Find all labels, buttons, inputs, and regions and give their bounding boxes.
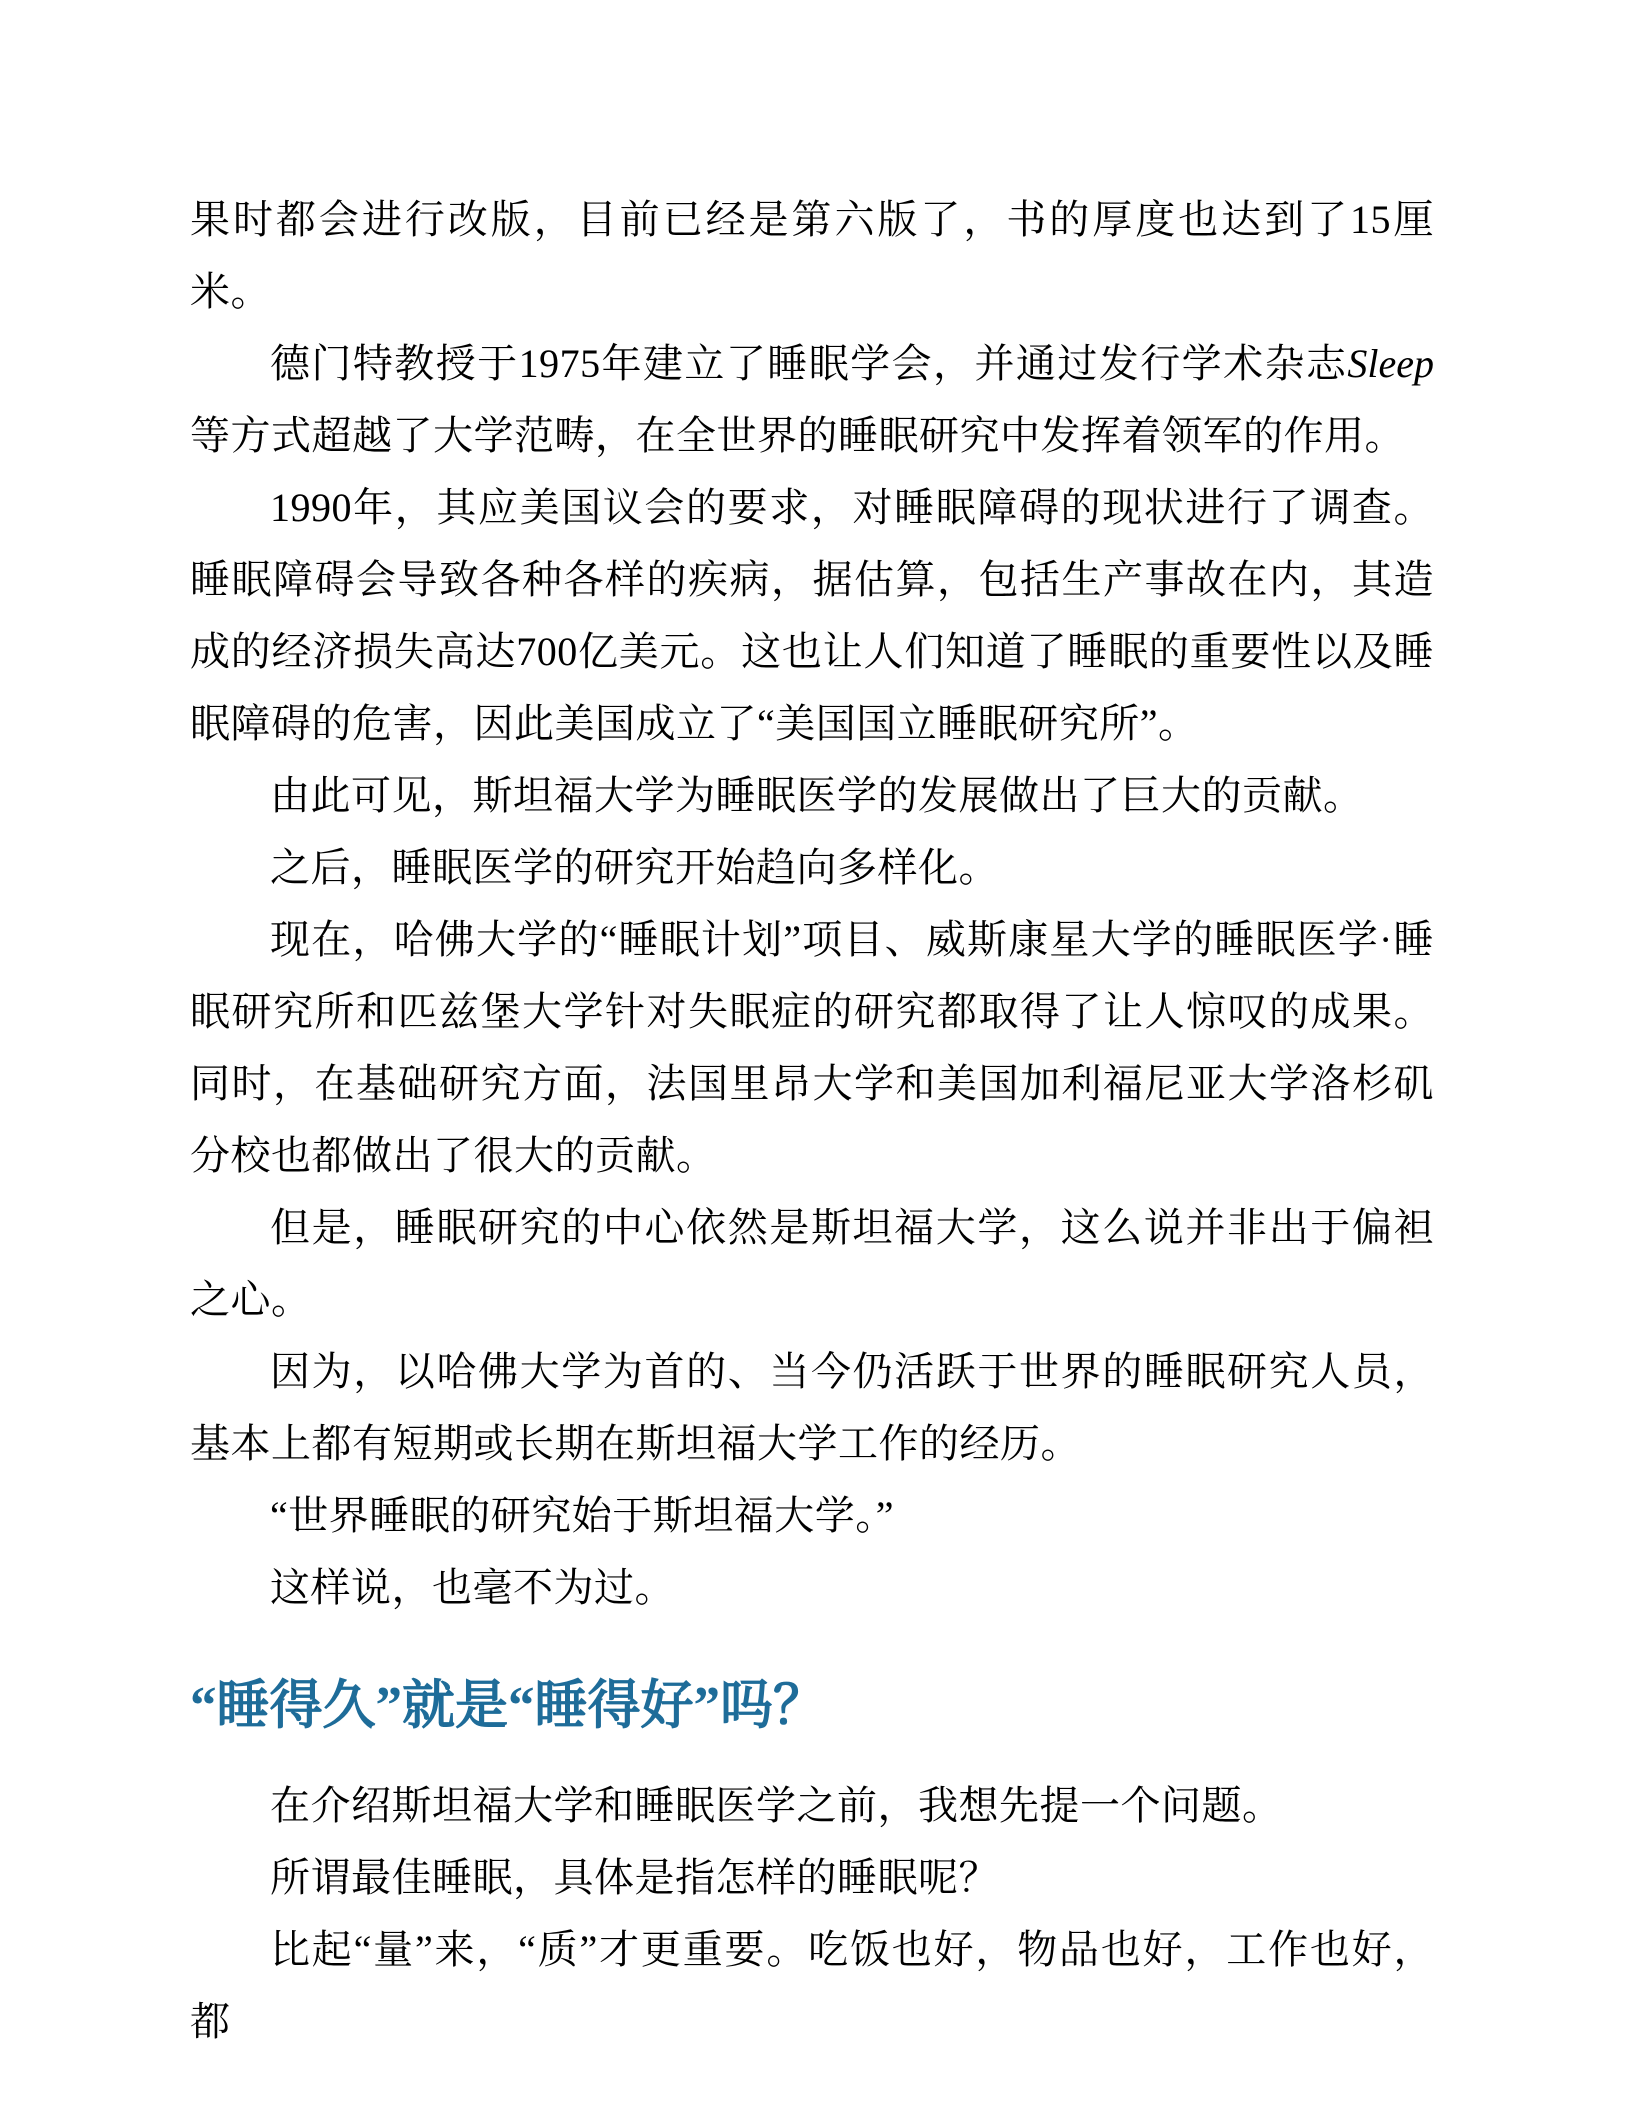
paragraph: 果时都会进行改版，目前已经是第六版了，书的厚度也达到了15厘米。 — [190, 184, 1434, 328]
paragraph: 因为，以哈佛大学为首的、当今仍活跃于世界的睡眠研究人员，基本上都有短期或长期在斯… — [190, 1336, 1434, 1480]
paragraph-text: “世界睡眠的研究始于斯坦福大学。” — [270, 1493, 894, 1538]
paragraph-text: 现在，哈佛大学的“睡眠计划”项目、威斯康星大学的睡眠医学·睡眠研究所和匹兹堡大学… — [190, 917, 1434, 1178]
paragraph: “世界睡眠的研究始于斯坦福大学。” — [190, 1480, 1434, 1552]
paragraph: 现在，哈佛大学的“睡眠计划”项目、威斯康星大学的睡眠医学·睡眠研究所和匹兹堡大学… — [190, 904, 1434, 1192]
paragraph-text: 由此可见，斯坦福大学为睡眠医学的发展做出了巨大的贡献。 — [270, 773, 1364, 818]
journal-title-italic: Sleep — [1347, 341, 1434, 386]
paragraph: 德门特教授于1975年建立了睡眠学会，并通过发行学术杂志Sleep等方式超越了大… — [190, 328, 1434, 472]
paragraph-text: 等方式超越了大学范畴，在全世界的睡眠研究中发挥着领军的作用。 — [190, 413, 1405, 458]
paragraph-text: 德门特教授于1975年建立了睡眠学会，并通过发行学术杂志 — [270, 341, 1347, 386]
paragraph-text: 1990年，其应美国议会的要求，对睡眠障碍的现状进行了调查。睡眠障碍会导致各种各… — [190, 485, 1434, 746]
paragraph-text: 在介绍斯坦福大学和睡眠医学之前，我想先提一个问题。 — [270, 1783, 1283, 1828]
paragraph-text: 因为，以哈佛大学为首的、当今仍活跃于世界的睡眠研究人员，基本上都有短期或长期在斯… — [190, 1349, 1434, 1466]
page-content: 果时都会进行改版，目前已经是第六版了，书的厚度也达到了15厘米。 德门特教授于1… — [190, 184, 1434, 2058]
paragraph: 由此可见，斯坦福大学为睡眠医学的发展做出了巨大的贡献。 — [190, 760, 1434, 832]
paragraph: 比起“量”来，“质”才更重要。吃饭也好，物品也好，工作也好，都 — [190, 1914, 1434, 2058]
paragraph: 这样说，也毫不为过。 — [190, 1552, 1434, 1624]
paragraph: 1990年，其应美国议会的要求，对睡眠障碍的现状进行了调查。睡眠障碍会导致各种各… — [190, 472, 1434, 760]
paragraph: 但是，睡眠研究的中心依然是斯坦福大学，这么说并非出于偏袒之心。 — [190, 1192, 1434, 1336]
paragraph-text: 所谓最佳睡眠，具体是指怎样的睡眠呢？ — [270, 1855, 999, 1900]
section-heading: “睡得久”就是“睡得好”吗？ — [190, 1666, 1434, 1746]
paragraph-text: 之后，睡眠医学的研究开始趋向多样化。 — [270, 845, 999, 890]
paragraph-text: 这样说，也毫不为过。 — [270, 1565, 675, 1610]
ebook-page: 果时都会进行改版，目前已经是第六版了，书的厚度也达到了15厘米。 德门特教授于1… — [0, 0, 1632, 2112]
paragraph: 所谓最佳睡眠，具体是指怎样的睡眠呢？ — [190, 1842, 1434, 1914]
paragraph-text: 但是，睡眠研究的中心依然是斯坦福大学，这么说并非出于偏袒之心。 — [190, 1205, 1434, 1322]
paragraph: 之后，睡眠医学的研究开始趋向多样化。 — [190, 832, 1434, 904]
paragraph-text: 比起“量”来，“质”才更重要。吃饭也好，物品也好，工作也好，都 — [190, 1927, 1434, 2044]
paragraph-text: 果时都会进行改版，目前已经是第六版了，书的厚度也达到了15厘米。 — [190, 197, 1434, 314]
paragraph: 在介绍斯坦福大学和睡眠医学之前，我想先提一个问题。 — [190, 1770, 1434, 1842]
